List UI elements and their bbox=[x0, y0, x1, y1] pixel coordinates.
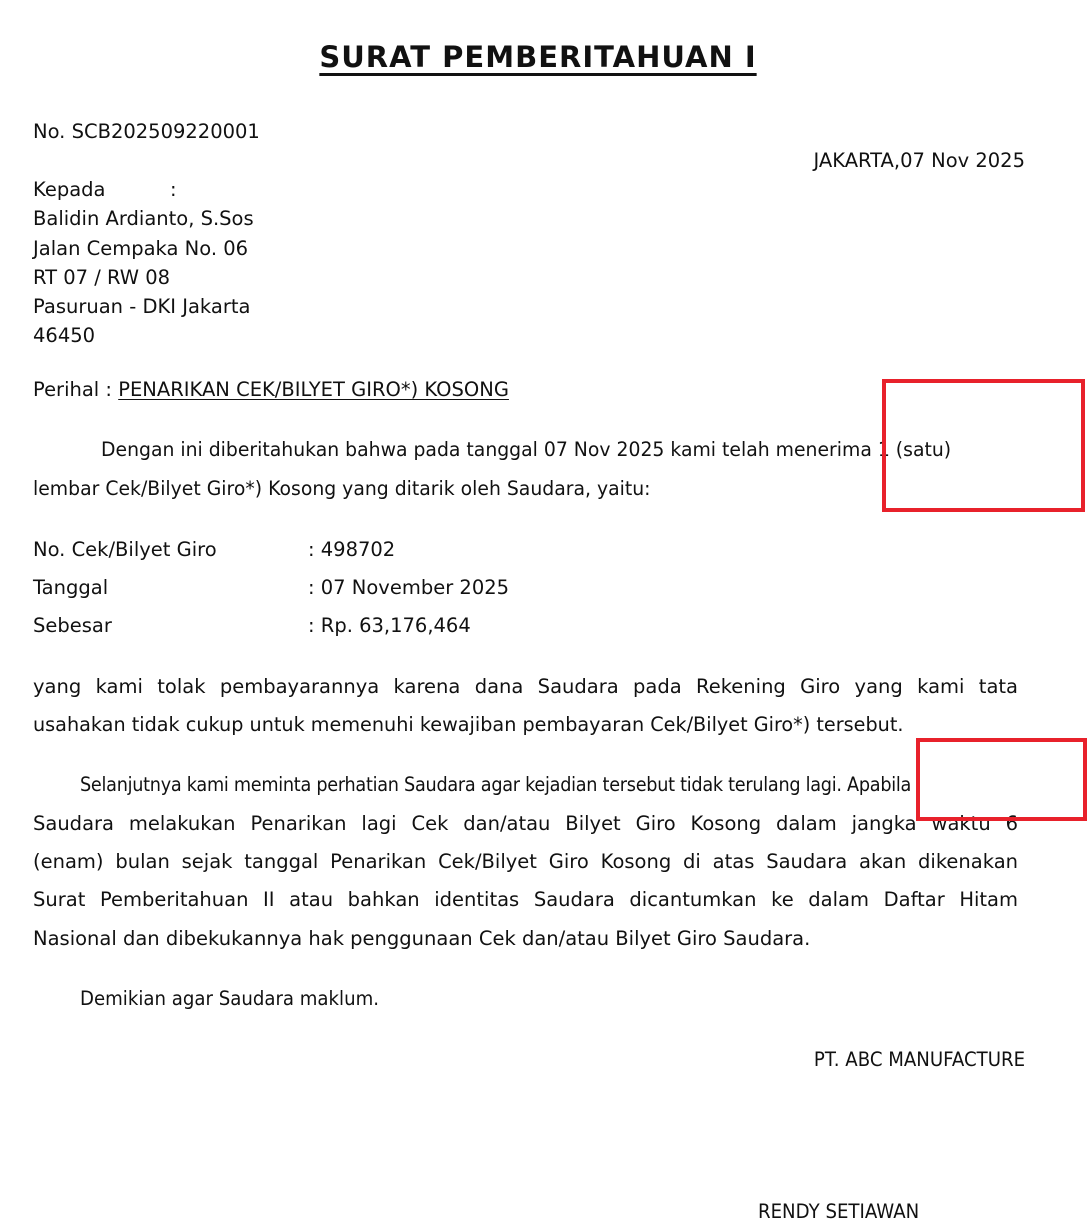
detail-row-cheque-number: No. Cek/Bilyet Giro: 498702 bbox=[33, 535, 395, 564]
highlight-box-lagi-apabila bbox=[916, 738, 1087, 821]
letter-title: SURAT PEMBERITAHUAN I bbox=[0, 40, 1076, 74]
highlight-box-menerima-satu bbox=[882, 379, 1085, 512]
paragraph-3-line-4: Surat Pemberitahuan II atau bahkan ident… bbox=[33, 885, 1018, 914]
closing-text: Demikian agar Saudara maklum. bbox=[80, 984, 379, 1013]
closing-line: Demikian agar Saudara maklum. bbox=[80, 984, 402, 1013]
recipient-address-line: Pasuruan - DKI Jakarta bbox=[33, 292, 250, 321]
detail-label: Sebesar bbox=[33, 611, 308, 640]
subject-line: Perihal : PENARIKAN CEK/BILYET GIRO*) KO… bbox=[33, 375, 509, 404]
subject-label: Perihal : bbox=[33, 378, 112, 401]
paragraph-3-line-3: (enam) bulan sejak tanggal Penarikan Cek… bbox=[33, 847, 1018, 876]
paragraph-2-line-2: usahakan tidak cukup untuk memenuhi kewa… bbox=[33, 710, 917, 739]
paragraph-2-line-1: yang kami tolak pembayarannya karena dan… bbox=[33, 672, 1018, 701]
paragraph-3-line-5: Nasional dan dibekukannya hak penggunaan… bbox=[33, 924, 810, 953]
paragraph-3-line-1-text: Selanjutnya kami meminta perhatian Sauda… bbox=[80, 770, 911, 799]
subject-value: PENARIKAN CEK/BILYET GIRO*) KOSONG bbox=[118, 378, 509, 401]
paragraph-1-line-2: lembar Cek/Bilyet Giro*) Kosong yang dit… bbox=[33, 474, 673, 503]
recipient-name: Balidin Ardianto, S.Sos bbox=[33, 204, 254, 233]
recipient-label: Kepada bbox=[33, 175, 105, 204]
paragraph-3-line-2: Saudara melakukan Penarikan lagi Cek dan… bbox=[33, 809, 1018, 838]
place-date: JAKARTA,07 Nov 2025 bbox=[814, 146, 1026, 175]
detail-value: : 498702 bbox=[308, 538, 395, 561]
detail-label: Tanggal bbox=[33, 573, 308, 602]
signatory-name: RENDY SETIAWAN bbox=[758, 1197, 931, 1226]
detail-value: : Rp. 63,176,464 bbox=[308, 614, 471, 637]
company-name-text: PT. ABC MANUFACTURE bbox=[814, 1045, 1025, 1074]
signatory-name-text: RENDY SETIAWAN bbox=[758, 1197, 919, 1226]
paragraph-1-line-2-text: lembar Cek/Bilyet Giro*) Kosong yang dit… bbox=[33, 474, 651, 503]
detail-row-date: Tanggal: 07 November 2025 bbox=[33, 573, 509, 602]
company-name: PT. ABC MANUFACTURE bbox=[798, 1045, 1025, 1074]
letter-number: No. SCB202509220001 bbox=[33, 117, 260, 146]
recipient-postal-code: 46450 bbox=[33, 321, 95, 350]
paragraph-1-line-1: Dengan ini diberitahukan bahwa pada tang… bbox=[101, 435, 982, 464]
recipient-colon: : bbox=[170, 175, 177, 204]
paragraph-1-line-1-text: Dengan ini diberitahukan bahwa pada tang… bbox=[101, 435, 951, 464]
detail-row-amount: Sebesar: Rp. 63,176,464 bbox=[33, 611, 471, 640]
recipient-address-line: RT 07 / RW 08 bbox=[33, 263, 170, 292]
paragraph-2-line-2-text: usahakan tidak cukup untuk memenuhi kewa… bbox=[33, 710, 903, 739]
detail-value: : 07 November 2025 bbox=[308, 576, 509, 599]
recipient-address-line: Jalan Cempaka No. 06 bbox=[33, 234, 248, 263]
detail-label: No. Cek/Bilyet Giro bbox=[33, 535, 308, 564]
paragraph-3-line-1: Selanjutnya kami meminta perhatian Sauda… bbox=[80, 770, 998, 799]
